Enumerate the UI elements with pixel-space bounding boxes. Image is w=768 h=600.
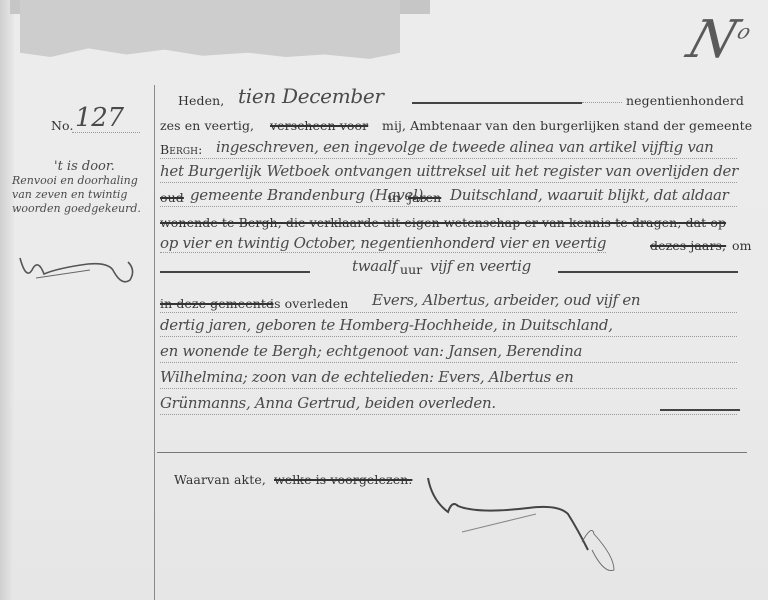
line-13: Grünmanns, Anna Gertrud, beiden overlede… [160, 393, 737, 415]
line-11: en wonende te Bergh; echtgenoot van: Jan… [160, 341, 737, 363]
struck-text: dezes jaars, [650, 238, 726, 253]
page-binding-edge [0, 0, 14, 600]
line-10: dertig jaren, geboren te Homberg-Hochhei… [160, 315, 737, 337]
line-5: oud gemeente Brandenburg (Havel), in jar… [160, 185, 737, 207]
section-divider [157, 452, 747, 453]
gemeente-bergh: Bergh: [160, 142, 202, 157]
record-number-label: No. [51, 118, 74, 133]
dotted-fill [582, 102, 622, 103]
torn-paper-strip [20, 0, 400, 62]
corner-number-mark: No [680, 10, 757, 70]
line-4: het Burgerlijk Wetboek ontvangen uittrek… [160, 161, 737, 183]
struck-text: in deze gemeente [160, 296, 274, 311]
struck-text: verscheen voor [270, 118, 368, 133]
year-print: zes en veertig, [160, 118, 254, 133]
margin-annotation: 't is door. Renvooi en doorhaling van ze… [12, 160, 152, 216]
record-number-dotted-line [72, 132, 140, 133]
struck-text: oud [160, 190, 184, 205]
handwritten-parents: Wilhelmina; zoon van de echtelieden: Eve… [160, 368, 573, 386]
official-signature [418, 470, 698, 580]
heden-label: Heden, [178, 93, 224, 108]
fill-rule [160, 263, 310, 273]
line-3: Bergh: ingeschreven, een ingevolge de tw… [160, 137, 737, 159]
fill-rule [558, 263, 738, 273]
handwritten-minutes: vijf en veertig [430, 257, 531, 275]
struck-text: welke is voorgelezen. [274, 472, 412, 487]
is-overleden-label: is overleden [270, 296, 348, 311]
margin-annotation-text: Renvooi en doorhaling van zeven en twint… [12, 174, 141, 215]
record-number: 127 [75, 103, 124, 133]
margin-signature [18, 250, 138, 290]
handwritten-birth: dertig jaren, geboren te Homberg-Hochhei… [160, 316, 613, 334]
struck-text: jaren [408, 190, 441, 205]
fill-rule [660, 401, 740, 411]
handwritten-country: Duitschland, waaruit blijkt, dat aldaar [450, 186, 729, 204]
line-6: wonende te Bergh, die verklaarde uit eig… [160, 210, 750, 232]
margin-annotation-first: 't is door. [12, 160, 152, 174]
negentienhonderd-label: negentienhonderd [626, 93, 744, 108]
in-label: in [388, 190, 400, 205]
document-page: No No. 127 't is door. Renvooi en doorha… [0, 0, 768, 600]
line-2: zes en veertig, verscheen voor mij, Ambt… [160, 113, 750, 135]
date-day-month: tien December [238, 84, 384, 108]
line-7: op vier en twintig October, negentienhon… [160, 233, 750, 255]
line-12: Wilhelmina; zoon van de echtelieden: Eve… [160, 367, 737, 389]
handwritten-line-4: het Burgerlijk Wetboek ontvangen uittrek… [160, 162, 738, 180]
handwritten-line-3: ingeschreven, een ingevolge de tweede al… [216, 138, 714, 156]
line-1: Heden, tien December negentienhonderd [160, 88, 750, 110]
margin-divider [154, 85, 155, 600]
handwritten-mother: Grünmanns, Anna Gertrud, beiden overlede… [160, 394, 496, 412]
struck-text: wonende te Bergh, die verklaarde uit eig… [160, 215, 726, 230]
uur-label: uur [400, 262, 422, 277]
line-9: in deze gemeente is overleden Evers, Alb… [160, 291, 737, 313]
line-8: twaalf uur vijf en veertig [160, 257, 750, 279]
fill-rule [412, 94, 582, 104]
om-label: om [732, 238, 752, 253]
handwritten-hour: twaalf [352, 257, 397, 275]
deceased-name: Evers, Albertus, arbeider, oud vijf en [372, 291, 640, 309]
waarvan-akte-label: Waarvan akte, [174, 472, 266, 487]
ambtenaar-text: mij, Ambtenaar van den burgerlijken stan… [382, 118, 752, 133]
handwritten-death-date: op vier en twintig October, negentienhon… [160, 234, 606, 253]
handwritten-spouse: en wonende te Bergh; echtgenoot van: Jan… [160, 342, 582, 360]
